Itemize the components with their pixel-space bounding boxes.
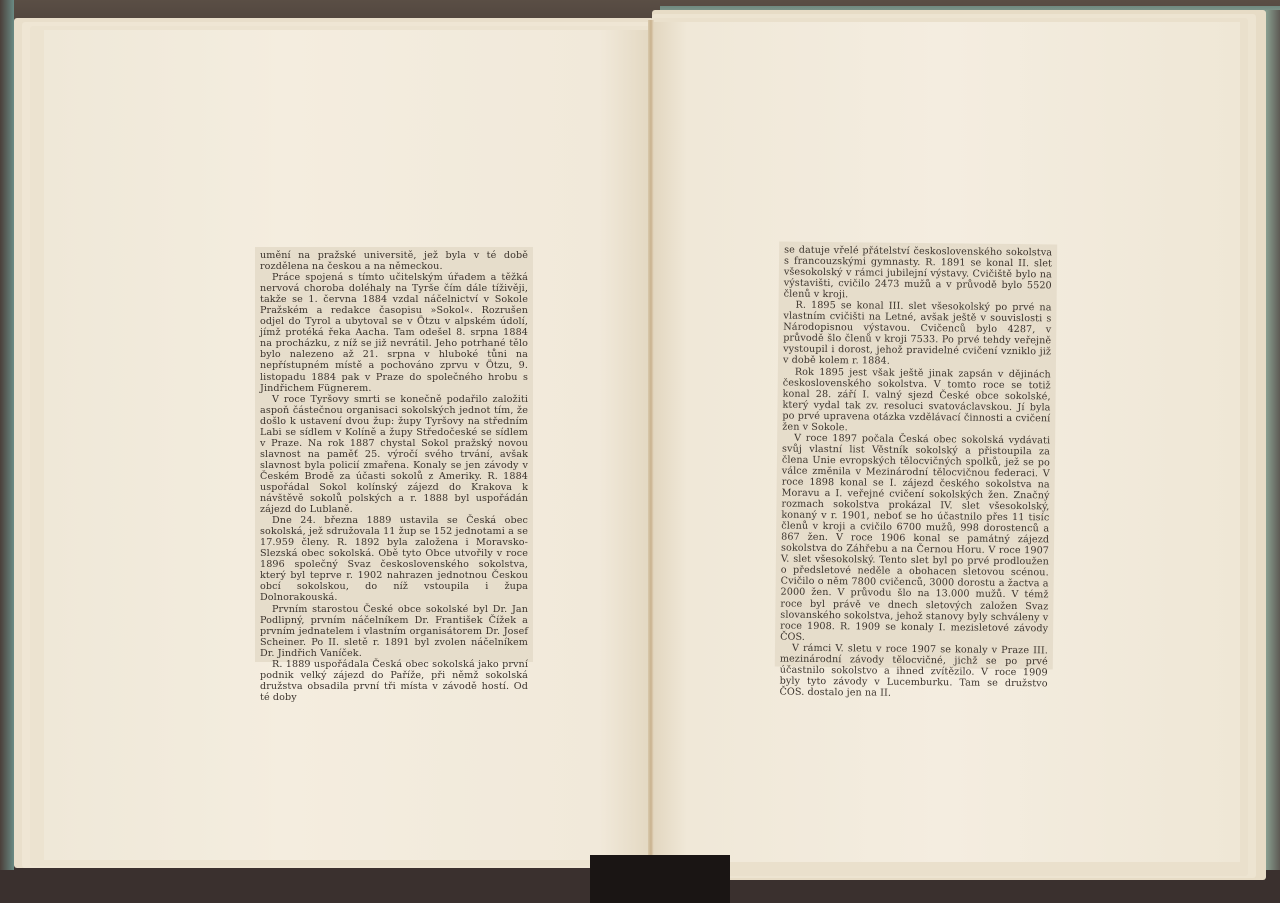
paragraph: V roce 1897 počala Česká obec sokolská v… [780, 432, 1050, 645]
paragraph: Dne 24. března 1889 ustavila se Česká ob… [260, 515, 528, 603]
paragraph: Rok 1895 jest však ještě jinak zapsán v … [782, 366, 1051, 435]
paragraph: Prvním starostou České obce sokolské byl… [260, 604, 528, 659]
book-gutter [648, 20, 654, 870]
paragraph: R. 1889 uspořádala Česká obec sokolská j… [260, 659, 528, 703]
right-page-text-clipping: se datuje vřelé přátelství československ… [775, 242, 1057, 670]
left-page-text-clipping: umění na pražské universitě, jež byla v … [255, 247, 533, 662]
bottom-shadow [590, 855, 730, 903]
paragraph: umění na pražské universitě, jež byla v … [260, 250, 528, 272]
paragraph: se datuje vřelé přátelství československ… [784, 245, 1053, 303]
book-cover-right-edge [1266, 10, 1280, 870]
paragraph: Práce spojená s tímto učitelským úřadem … [260, 272, 528, 394]
paragraph: V rámci V. sletu v roce 1907 se konaly v… [779, 642, 1048, 700]
paragraph: R. 1895 se konal III. slet všesokolský p… [783, 300, 1052, 369]
paragraph: V roce Tyršovy smrti se konečně podařilo… [260, 394, 528, 516]
book-cover-left-edge [0, 0, 14, 870]
